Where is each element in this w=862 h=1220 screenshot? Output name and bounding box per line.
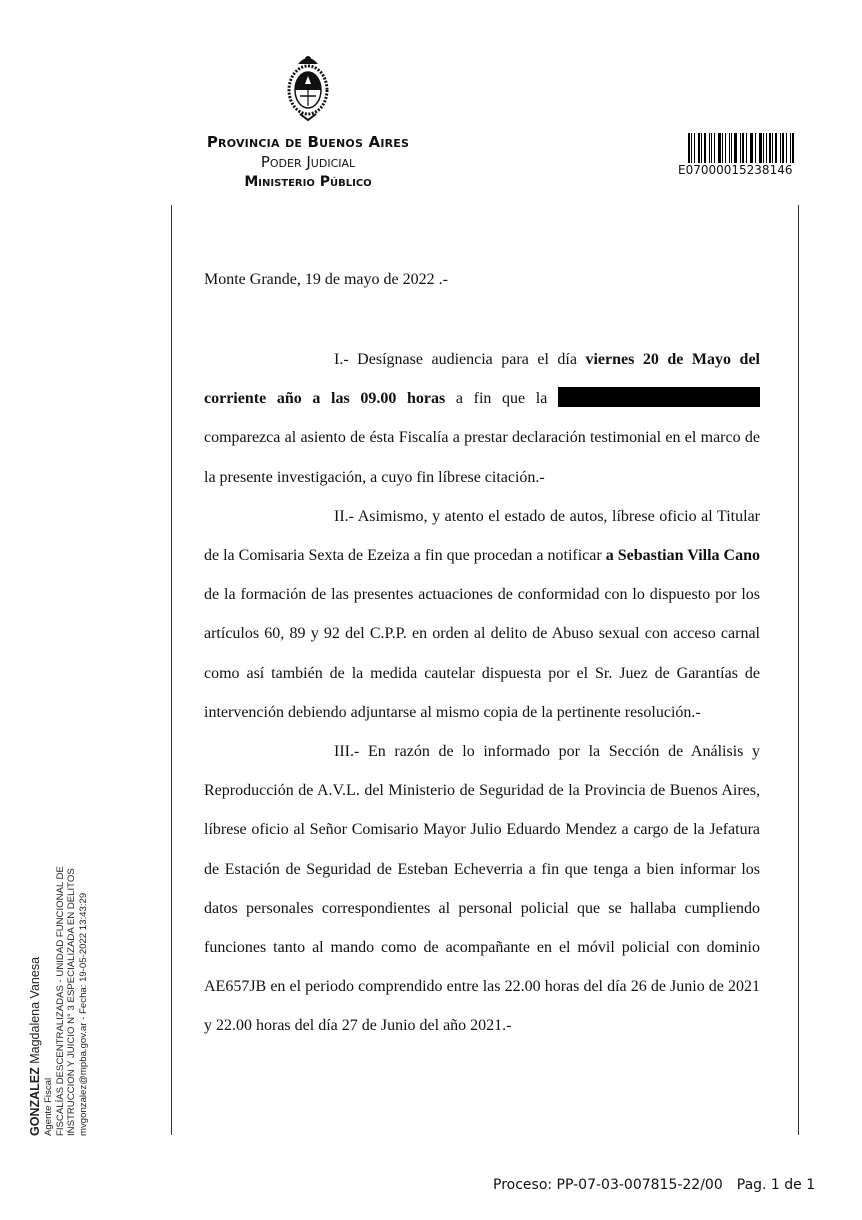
letterhead-ministry: Ministerio Público <box>190 172 426 192</box>
paragraph-1: I.- Desígnase audiencia para el día vier… <box>204 340 760 497</box>
process-number: Proceso: PP-07-03-007815-22/00 <box>493 1177 723 1193</box>
barcode-icon <box>688 133 796 163</box>
coat-of-arms-icon <box>284 50 332 122</box>
signer-office-2: INSTRUCCION Y JUICIO N° 3 ESPECIALIZADA … <box>66 836 78 1136</box>
page-footer: Proceso: PP-07-03-007815-22/00Pag. 1 de … <box>493 1177 815 1193</box>
right-margin-rule <box>798 205 799 1135</box>
letterhead-province: Provincia de Buenos Aires <box>190 132 426 152</box>
letterhead-judicial: Poder Judicial <box>190 152 426 172</box>
left-margin-rule <box>171 205 172 1135</box>
barcode: E07000015238146 <box>678 133 798 177</box>
signer-name: GONZALEZ Magdalena Vanesa <box>28 836 43 1136</box>
paragraph-3: III.- En razón de lo informado por la Se… <box>204 732 760 1046</box>
place-date: Monte Grande, 19 de mayo de 2022 .- <box>204 270 760 290</box>
signer-office-1: FISCALÍAS DESCENTRALIZADAS - UNIDAD FUNC… <box>55 836 67 1136</box>
signer-role: Agente Fiscal <box>43 836 55 1136</box>
redacted-name <box>558 387 760 407</box>
paragraph-2: II.- Asimismo, y atento el estado de aut… <box>204 497 760 732</box>
signer-contact: mvgonzalez@mpba.gov.ar - Fecha: 19-05-20… <box>78 836 90 1136</box>
notified-person: a Sebastian Villa Cano <box>606 547 760 564</box>
digital-signature: GONZALEZ Magdalena Vanesa Agente Fiscal … <box>28 836 89 1136</box>
barcode-number: E07000015238146 <box>678 163 798 177</box>
letterhead: Provincia de Buenos Aires Poder Judicial… <box>190 132 426 192</box>
document-body: Monte Grande, 19 de mayo de 2022 .- I.- … <box>204 270 760 1046</box>
page-number: Pag. 1 de 1 <box>737 1177 815 1193</box>
